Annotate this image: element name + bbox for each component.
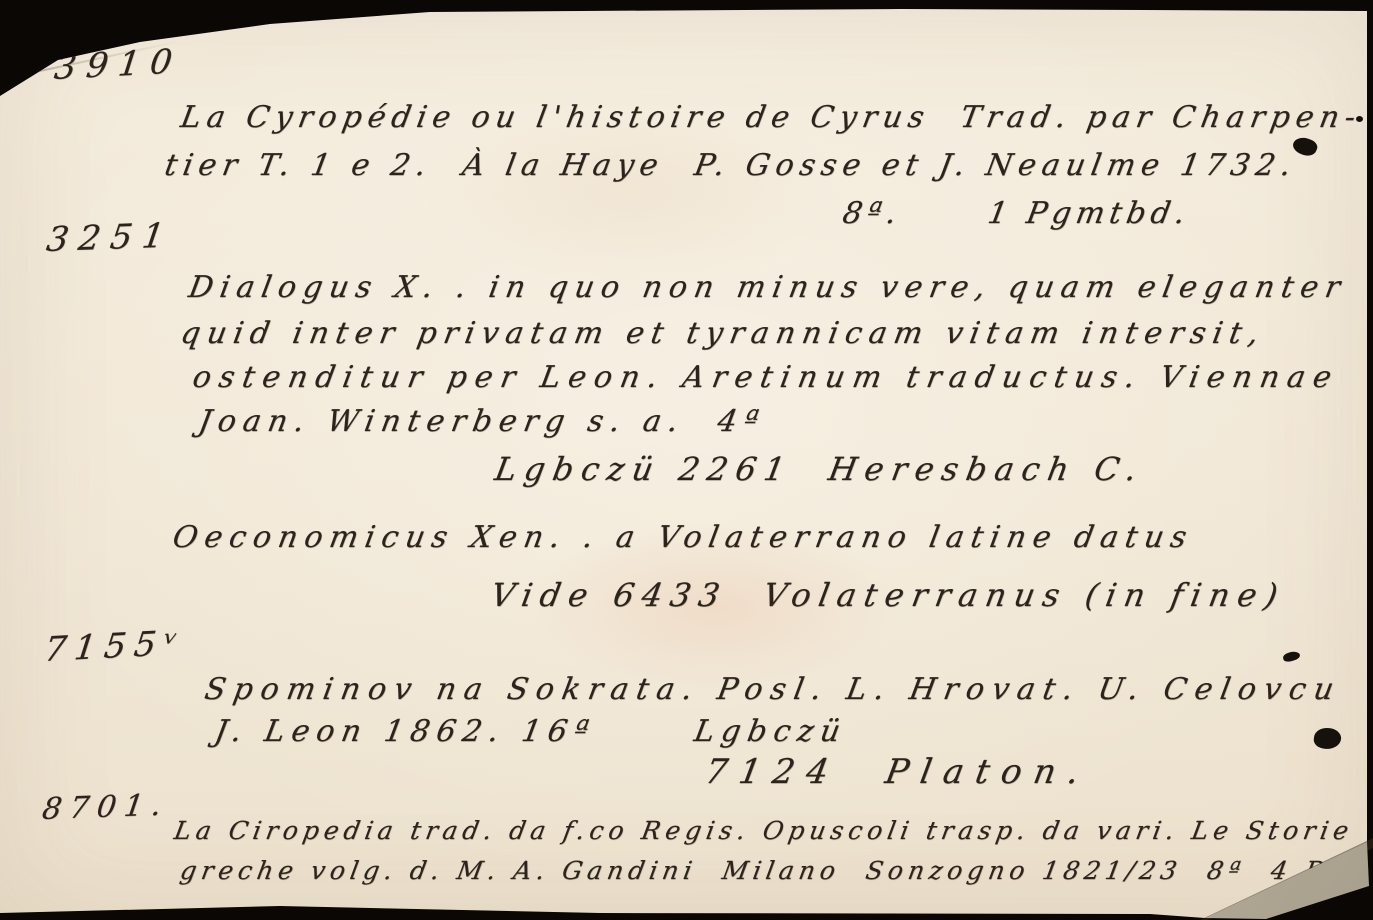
entry-line: Spominov na Sokrata. Posl. L. Hrovat. U.… [202,672,1344,707]
ink-speck [1356,116,1363,122]
entry-line: La Cyropédie ou l'histoire de Cyrus Trad… [178,100,1364,135]
entry-number: 8701. [40,788,172,827]
entry-line: tier T. 1 e 2. À la Haye P. Gosse et J. … [162,148,1300,183]
cross-reference-line: Lgbczü 2261 Heresbach C. [492,450,1148,488]
cross-reference-line: 7124 Platon. [702,752,1094,792]
ink-blot [1282,650,1301,663]
entry-line: quid inter privatam et tyrannicam vitam … [178,316,1268,351]
entry-line: Oeconomicus Xen. . a Volaterrano latine … [170,520,1196,555]
entry-line: Dialogus X. . in quo non minus vere, qua… [186,270,1350,305]
scanned-page-background: 3910 La Cyropédie ou l'histoire de Cyrus… [0,0,1373,920]
entry-line: La Ciropedia trad. da f.co Regis. Opusco… [172,816,1356,845]
cross-reference-line: Vide 6433 Volaterranus (in fine) [488,576,1288,614]
entry-number: 7155ᵛ [42,623,187,670]
entry-line: greche volg. d. M. A. Gandini Milano Son… [178,856,1373,885]
entry-line: Joan. Winterberg s. a. 4ª [196,404,768,439]
entry-line: J. Leon 1862. 16ª Lgbczü [212,714,850,749]
entry-number: 3251 [44,216,177,260]
ink-blot [1313,726,1343,751]
entry-line: 8ª. 1 Pgmtbd. [840,196,1193,231]
catalog-page-paper: 3910 La Cyropédie ou l'histoire de Cyrus… [0,0,1373,920]
entry-number: 3910 [52,41,184,88]
entry-line: ostenditur per Leon. Aretinum traductus.… [190,360,1342,395]
